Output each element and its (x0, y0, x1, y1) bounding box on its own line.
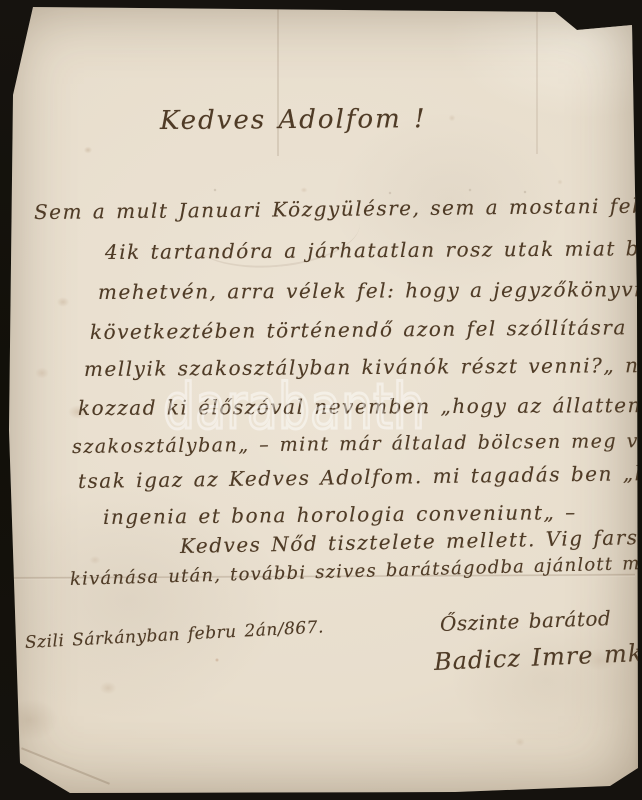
letter-photo: Kedves Adolfom ! Sem a mult Januari Közg… (0, 0, 642, 800)
body-line: kozzad ki élőszóval nevemben „hogy az ál… (78, 393, 642, 420)
body-line: Sem a mult Januari Közgyülésre, sem a mo… (34, 193, 642, 224)
body-line: mellyik szakosztályban kivánók részt ven… (84, 353, 642, 381)
vertical-fold-crease-right (536, 9, 538, 154)
signature-valediction: Őszinte barátod (440, 606, 612, 636)
salutation: Kedves Adolfom ! (160, 104, 427, 136)
letter-paper: Kedves Adolfom ! Sem a mult Januari Közg… (0, 0, 642, 800)
body-line: mehetvén, arra vélek fel: hogy a jegyzők… (98, 277, 642, 304)
dateline: Szili Sárkányban febru 2án/867. (24, 617, 324, 653)
signature-name: Badicz Imre mk (433, 639, 642, 676)
body-line: ingenia et bona horologia conveniunt„ – (103, 500, 577, 529)
closing-line: Kedves Nőd tisztelete mellett. Vig farsa… (180, 524, 642, 558)
body-line: tsak igaz az Kedves Adolfom. mi tagadás … (78, 459, 642, 493)
closing-line: kivánása után, további szives barátságod… (70, 551, 642, 590)
body-line: 4ik tartandóra a járhatatlan rosz utak m… (105, 236, 642, 264)
corner-crease (21, 747, 110, 784)
body-line: következtében történendő azon fel szóllí… (90, 315, 642, 344)
body-line: szakosztályban„ – mint már általad bölcs… (72, 429, 642, 458)
